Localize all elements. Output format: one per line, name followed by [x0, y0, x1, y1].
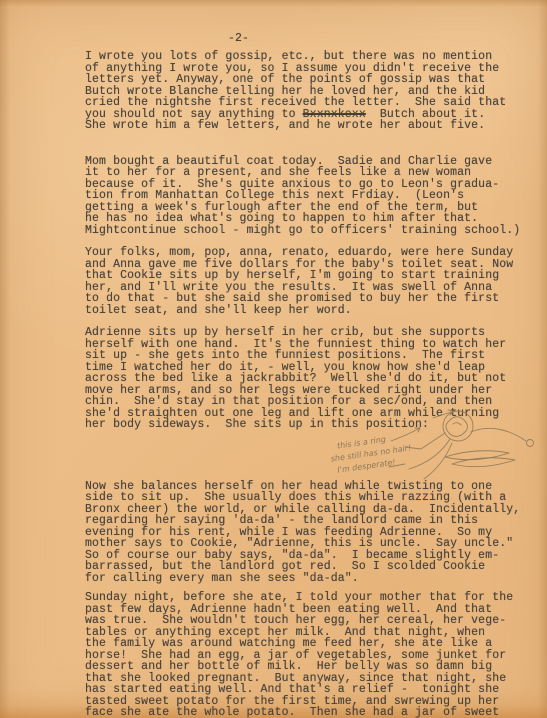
baby-arm [471, 428, 526, 441]
margin-doodle: this is a ring she still has no hair! I'… [325, 400, 547, 512]
page-number: -2- [228, 32, 249, 45]
typed-line: Mightcontinue school - might go to offic… [85, 225, 530, 237]
paragraph: I wrote you lots of gossip, etc., but th… [85, 51, 530, 132]
paragraph: Mom bought a beautiful coat today. Sadie… [85, 156, 530, 237]
typed-line: toilet seat, and she'll keep her word. [85, 305, 530, 317]
typed-text: for calling every man she sees "da-da". [85, 572, 359, 585]
paragraph: Sunday night, before she ate, I told you… [85, 592, 530, 718]
baby-leg [424, 443, 452, 479]
typed-line: face she ate the whole potato. Then she … [85, 707, 530, 718]
letter-page: -2- I wrote you lots of gossip, etc., bu… [0, 0, 547, 718]
typed-text: She wrote him a few letters, and he wrot… [85, 119, 485, 132]
arrow-icon [433, 410, 454, 418]
paragraph: Your folks, mom, pop, anna, renato, edua… [85, 247, 530, 316]
typed-line: She wrote him a few letters, and he wrot… [85, 120, 530, 132]
baby-drawing [405, 411, 534, 479]
ring-in-hand [527, 440, 534, 447]
letter-body: I wrote you lots of gossip, etc., but th… [85, 51, 530, 718]
baby-face-scribble [453, 423, 461, 425]
typed-line: for calling every man she sees "da-da". [85, 573, 530, 585]
baby-face-scribble [446, 417, 468, 437]
typed-text: Mightcontinue school - might go to offic… [85, 224, 520, 237]
handwritten-note: this is a ring she still has no hair! I'… [329, 431, 414, 475]
typed-text: face she ate the whole potato. Then she … [85, 706, 499, 718]
baby-arm [405, 433, 445, 449]
typed-text: toilet seat, and she'll keep her word. [85, 304, 352, 317]
